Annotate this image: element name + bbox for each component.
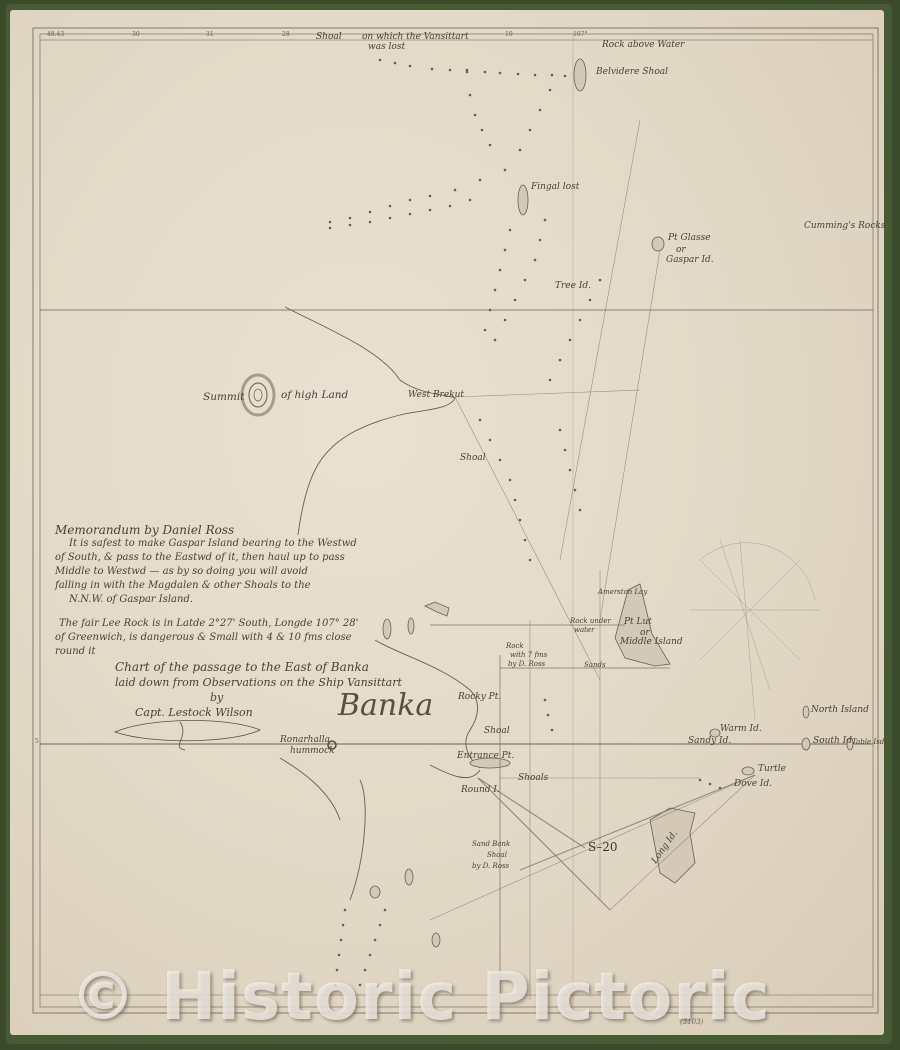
rock-note-line: round it <box>55 645 385 659</box>
watermark: © Historic Pictoric <box>70 958 771 1035</box>
memorandum-line: of South, & pass to the Eastwd of it, th… <box>55 551 385 565</box>
label-hummock: hummock <box>290 746 335 756</box>
label-cumming-rocks: Cumming's Rocks <box>804 221 885 231</box>
label-ronarhalla: Ronarhalla <box>280 735 330 745</box>
label-summit: Summit <box>203 391 244 403</box>
scale-tick: 107° <box>573 31 587 38</box>
fingal-shoal-shape <box>518 185 528 215</box>
scale-tick: 10 <box>505 31 513 38</box>
label-dove-island: Dove Id. <box>734 779 772 789</box>
label-rock-ross-2: with 7 fms <box>510 651 547 659</box>
rock-note-line: of Greenwich, is dangerous & Small with … <box>55 631 385 645</box>
memorandum-line: falling in with the Magdalen & other Sho… <box>55 579 385 593</box>
label-pt-glasse: Pt Glasse <box>668 233 711 243</box>
summit-high-land <box>242 375 274 415</box>
inner-neatline <box>40 34 873 1007</box>
label-sand-bank-3: by D. Ross <box>472 862 509 870</box>
label-or: or <box>676 245 686 255</box>
label-belvidere-shoal: Belvidere Shoal <box>596 67 668 77</box>
label-round-island: Round I. <box>461 785 500 795</box>
scale-tick: 30 <box>132 31 140 38</box>
label-sands: Sands <box>584 661 606 669</box>
label-table-island: Table Isd. <box>852 738 886 746</box>
region-label-banka: Banka <box>338 688 433 723</box>
label-pt-lut: Pt Lut <box>624 617 652 627</box>
label-sand-bank-2: Shoal <box>487 851 507 859</box>
compass-rose <box>690 540 820 720</box>
label-rock-under-water-2: water <box>574 626 594 634</box>
label-fingal-lost: Fingal lost <box>531 182 579 192</box>
label-vansittart-lost: on which the Vansittart <box>362 32 469 42</box>
flourish-ornament <box>110 712 270 752</box>
label-middle-island: Middle Island <box>620 637 683 647</box>
label-entrance-pt: Entrance Pt. <box>457 751 514 761</box>
label-sandy-island: Sandy Id. <box>688 736 731 746</box>
gaspar-island-shape <box>652 237 664 251</box>
label-shoal-2: Shoal <box>484 726 510 736</box>
label-high-land: of high Land <box>281 389 348 401</box>
inventory-number: (3103) <box>680 1018 703 1026</box>
label-turtle: Turtle <box>758 764 786 774</box>
memorandum-line: Middle to Westwd — as by so doing you wi… <box>55 565 385 579</box>
belvidere-shoal-shape <box>574 59 586 91</box>
chart-title-line1: Chart of the passage to the East of Bank… <box>115 660 402 675</box>
scale-tick: 28 <box>282 31 290 38</box>
label-shoals: Shoals <box>518 773 548 783</box>
label-north-island: North Island <box>811 705 869 715</box>
label-amerston-lay: Amerston Lay <box>598 588 647 596</box>
label-gaspar-island: Gaspar Id. <box>666 255 714 265</box>
label-vansittart-lost-2: was lost <box>368 42 405 52</box>
label-sand-bank: Sand Bank <box>472 840 510 848</box>
label-vansittart-shoal: Shoal <box>316 32 342 42</box>
label-warm-island: Warm Id. <box>720 724 762 734</box>
long-island-shape <box>650 808 695 883</box>
label-rock-ross-3: by D. Ross <box>508 660 545 668</box>
outer-neatline <box>33 28 878 1013</box>
memorandum-title: Memorandum by Daniel Ross <box>55 523 385 537</box>
coast-west-bukut <box>285 307 455 535</box>
label-rocky-pt: Rocky Pt. <box>458 692 501 702</box>
rock-note-line: The fair Lee Rock is in Latde 2°27' Sout… <box>59 617 385 631</box>
label-west-bukut: West Brekut <box>408 390 464 400</box>
label-bearing: S–20 <box>588 840 618 854</box>
label-tree-island: Tree Id. <box>555 281 591 291</box>
memorandum-block: Memorandum by Daniel Ross It is safest t… <box>55 523 385 659</box>
scale-tick: 31 <box>206 31 214 38</box>
scale-tick-left: 5 <box>35 738 39 745</box>
label-rock-above-water: Rock above Water <box>602 40 684 50</box>
memorandum-line: It is safest to make Gaspar Island beari… <box>69 537 385 551</box>
scale-tick: 48.43 <box>47 31 64 38</box>
label-shoal: Shoal <box>460 453 486 463</box>
label-rock-under-water: Rock under <box>570 617 611 625</box>
memorandum-line: N.N.W. of Gaspar Island. <box>69 593 385 607</box>
label-rock-ross: Rock <box>506 642 524 650</box>
label-south-island: South Id. <box>813 736 855 746</box>
